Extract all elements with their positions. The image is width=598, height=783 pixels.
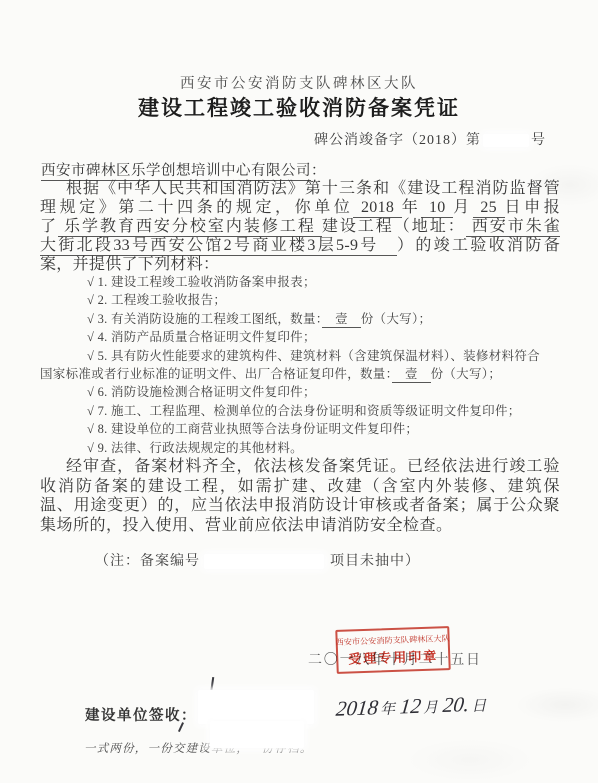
org-name: 西安市公安消防支队碑林区大队: [0, 72, 598, 93]
text-line: √ 7. 施工、工程监理、检测单位的合法身份证明和资质等级证明文件复印件；: [40, 402, 562, 420]
text-line: √ 4. 消防产品质量合格证明文件复印件；: [40, 328, 562, 346]
stamp-type-text: 受理专用印章: [348, 645, 439, 667]
text-line: √ 1. 建设工程竣工验收消防备案申报表；: [40, 273, 562, 291]
note-line: （注：备案编号项目未抽中）: [95, 550, 420, 570]
text-line: √ 2. 工程竣工验收报告；: [40, 291, 562, 309]
redaction-box: [198, 690, 314, 724]
handwritten-month: 12: [399, 694, 423, 720]
text-line: √ 6. 消防设施检测合格证明文件复印件；: [40, 383, 562, 401]
redaction-box: [483, 134, 529, 147]
text-line: 国家标准或者行业标准的证明文件、出厂合格证复印件，数量： 壹 份（大写）；: [40, 365, 562, 383]
text-line: 收消防备案的建设工程，如需扩建、改建（含室内外装修、建筑保: [40, 477, 560, 497]
document-number: 碑公消竣备字（2018）第号: [314, 129, 546, 149]
month-char: 月: [423, 696, 439, 718]
note-prefix: （注：备案编号: [95, 554, 200, 569]
text-line: √ 9. 法律、行政法规规定的其他材料。: [40, 439, 562, 457]
text-line: √ 3. 有关消防设施的工程竣工图纸，数量： 壹 份（大写）；: [40, 310, 562, 328]
document-page: 西安市公安消防支队碑林区大队 建设工程竣工验收消防备案凭证 碑公消竣备字（201…: [0, 0, 598, 783]
handwritten-day: 20.: [442, 692, 471, 718]
text-line: 大街北段33号西安公馆2号商业楼3层5-9号 ）的竣工验收消防备: [40, 236, 560, 255]
text-line: 了 乐学教育西安分校室内装修工程 建设工程（地址： 西安市朱雀: [40, 217, 560, 236]
document-number-prefix: 碑公消竣备字（2018）第: [314, 133, 481, 148]
text-line: 案，并提供了下列材料：: [40, 255, 560, 274]
official-stamp: 西安市公安消防支队碑林区大队 受理专用印章: [335, 626, 450, 674]
intro-paragraph: 根据《中华人民共和国消防法》第十三条和《建设工程消防监督管理规定》第二十四条的规…: [40, 179, 560, 274]
text-line: 集场所的，投入使用、营业前应依法申请消防安全检查。: [40, 516, 560, 536]
recipient-colon: ：: [311, 163, 326, 179]
text-line: 经审查，备案材料齐全，依法核发备案凭证。已经依法进行竣工验: [40, 457, 560, 477]
text-line: √ 8. 建设单位的工商营业执照等合法身份证明文件复印件；: [40, 420, 562, 438]
text-line: 根据《中华人民共和国消防法》第十三条和《建设工程消防监督管: [40, 179, 560, 198]
signee-label: 建设单位签收：: [85, 704, 197, 725]
document-title: 建设工程竣工验收消防备案凭证: [0, 92, 598, 122]
handwritten-date: 2018年12月20.日: [336, 691, 492, 721]
text-line: 温、用途变更）的，应当依法申报消防设计审核或者备案；属于公众聚: [40, 496, 560, 516]
note-suffix: 项目未抽中）: [330, 554, 420, 569]
recipient-line: 西安市碑林区乐学创想培训中心有限公司：: [41, 159, 326, 180]
redaction-box: [210, 721, 304, 748]
document-number-suffix: 号: [531, 133, 546, 148]
closing-paragraph: 经审查，备案材料齐全，依法核发备案凭证。已经依法进行竣工验收消防备案的建设工程，…: [40, 457, 560, 535]
handwritten-year: 2018: [335, 695, 380, 722]
day-char: 日: [471, 694, 487, 716]
year-char: 年: [380, 698, 396, 720]
redaction-box: [204, 554, 324, 569]
text-line: 理规定》第二十四条的规定，你单位 2018 年 10 月 25 日申报: [40, 198, 560, 217]
text-line: √ 5. 具有防火性能要求的建筑构件、建筑材料（含建筑保温材料）、装修材料符合: [40, 347, 562, 365]
materials-checklist: √ 1. 建设工程竣工验收消防备案申报表；√ 2. 工程竣工验收报告；√ 3. …: [40, 273, 562, 457]
